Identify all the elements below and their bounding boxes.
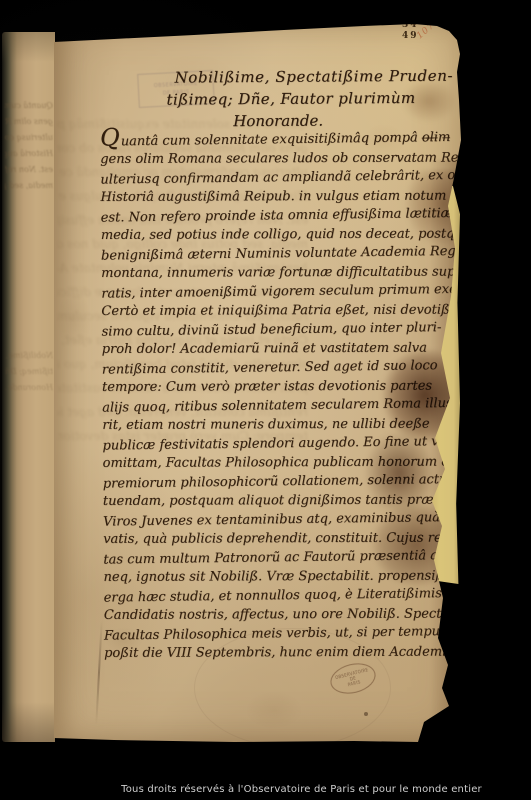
manuscript-line: est. Non refero proinde ista omnia effus… [5, 162, 53, 178]
photo-stage: Quantâ cum solennitate exquisitißimâq po… [0, 0, 531, 800]
manuscript-line: ulteriusq confirmandam ac ampliandã cele… [5, 130, 53, 146]
manuscript-line: Quantâ cum solennitate exquisitißimâq po… [5, 98, 53, 114]
bleedthrough-text: Nobilißime, Spectatißime Pruden-tißimeq;… [5, 348, 53, 398]
manuscript-page: Quantâ cum solennitate exquisitißimâq po… [54, 20, 462, 742]
folio-numbers: 34 49 107 [402, 20, 419, 42]
manuscript-line: Honorande. [5, 380, 53, 396]
bleedthrough-text: Quantâ cum solennitate exquisitißimâq po… [5, 98, 53, 194]
manuscript-line: tißimeq; Dñe, Fautor plurimùm [54, 87, 462, 112]
ink-dot [364, 712, 368, 716]
manuscript-line: media, sed potius inde colligo, quid nos… [5, 178, 53, 194]
manuscript-line: gens olim Romana seculares ludos ob cons… [5, 114, 53, 130]
manuscript-line: tißimeq; Dñe, Fautor plurimùm [5, 364, 53, 380]
facing-page-edge: Quantâ cum solennitate exquisitißimâq po… [2, 32, 55, 742]
manuscript-line: Historiâ augustißimâ Reipub. in vulgus e… [5, 146, 53, 162]
copyright-caption: Tous droits réservés à l'Observatoire de… [0, 784, 531, 795]
manuscript-line: Nobilißime, Spectatißime Pruden- [54, 65, 462, 90]
manuscript-line: Nobilißime, Spectatißime Pruden- [5, 348, 53, 364]
folio-number-diagonal: 107 [415, 21, 437, 42]
manuscript-body: Quantâ cum solennitate exquisitißimâq po… [54, 129, 466, 664]
folio-number-top: 34 [402, 20, 419, 31]
